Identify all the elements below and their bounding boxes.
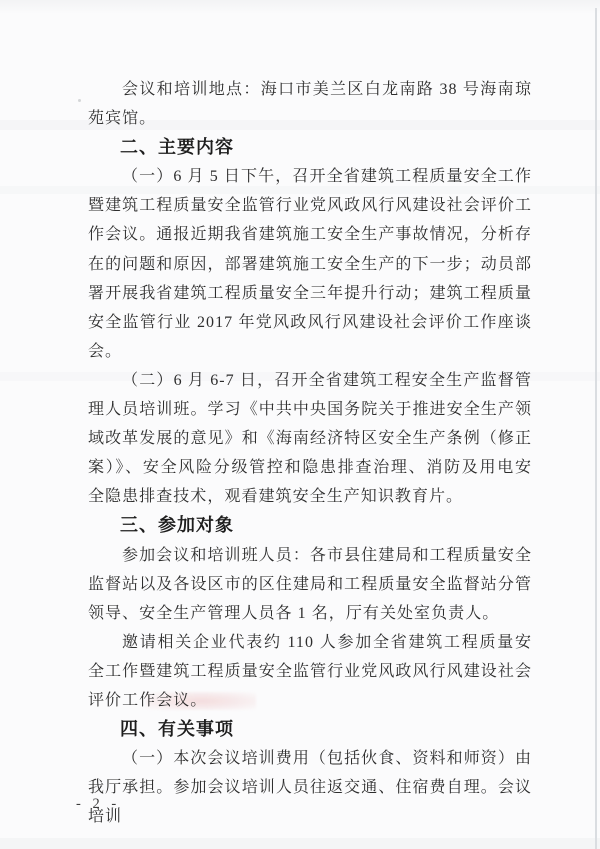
paragraph-participant-list: 参加会议和培训班人员：各市县住建局和工程质量安全监督站以及各设区市的区住建局和工…	[88, 541, 532, 628]
document-page: 会议和培训地点：海口市美兰区白龙南路 38 号海南琼苑宾馆。 二、主要内容 （一…	[0, 0, 600, 849]
paragraph-item-2-training: （二）6 月 6-7 日，召开全省建筑工程安全生产监督管理人员培训班。学习《中共…	[88, 366, 532, 511]
heading-related-matters: 四、有关事项	[88, 715, 532, 744]
scan-top-shading	[0, 0, 600, 14]
scan-streak	[0, 838, 600, 849]
heading-main-content: 二、主要内容	[88, 133, 532, 162]
scan-edge-line	[595, 8, 597, 849]
heading-participants: 三、参加对象	[88, 511, 532, 540]
paragraph-fees: （一）本次会议培训费用（包括伙食、资料和师资）由我厅承担。参加会议培训人员往返交…	[88, 744, 532, 831]
paragraph-item-1-meeting: （一）6 月 5 日下午，召开全省建筑工程质量安全工作暨建筑工程质量安全监管行业…	[88, 162, 532, 366]
page-number: - 2 -	[76, 796, 120, 813]
paragraph-invited-enterprises: 邀请相关企业代表约 110 人参加全省建筑工程质量安全工作暨建筑工程质量安全监管…	[88, 628, 532, 715]
scan-speck	[78, 99, 81, 102]
paragraph-meeting-venue: 会议和培训地点：海口市美兰区白龙南路 38 号海南琼苑宾馆。	[88, 75, 532, 133]
document-body: 会议和培训地点：海口市美兰区白龙南路 38 号海南琼苑宾馆。 二、主要内容 （一…	[88, 75, 532, 831]
